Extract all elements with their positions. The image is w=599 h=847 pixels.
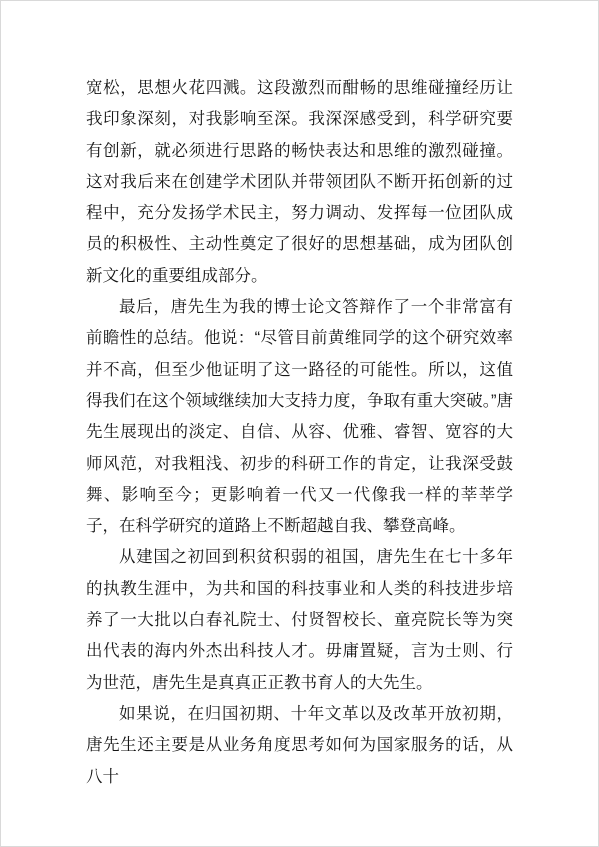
paragraph-continuation: 宽松，思想火花四溅。这段激烈而酣畅的思维碰撞经历让我印象深刻，对我影响至深。我深… [86, 73, 513, 292]
document-page: 宽松，思想火花四溅。这段激烈而酣畅的思维碰撞经历让我印象深刻，对我影响至深。我深… [0, 0, 599, 847]
paragraph-conclusion-defense: 最后，唐先生为我的博士论文答辩作了一个非常富有前瞻性的总结。他说：“尽管目前黄维… [86, 292, 513, 542]
paragraph-final-cutoff: 如果说，在归国初期、十年文革以及改革开放初期，唐先生还主要是从业务角度思考如何为… [86, 699, 513, 793]
paragraph-teaching-career: 从建国之初回到积贫积弱的祖国，唐先生在七十多年的执教生涯中，为共和国的科技事业和… [86, 542, 513, 698]
